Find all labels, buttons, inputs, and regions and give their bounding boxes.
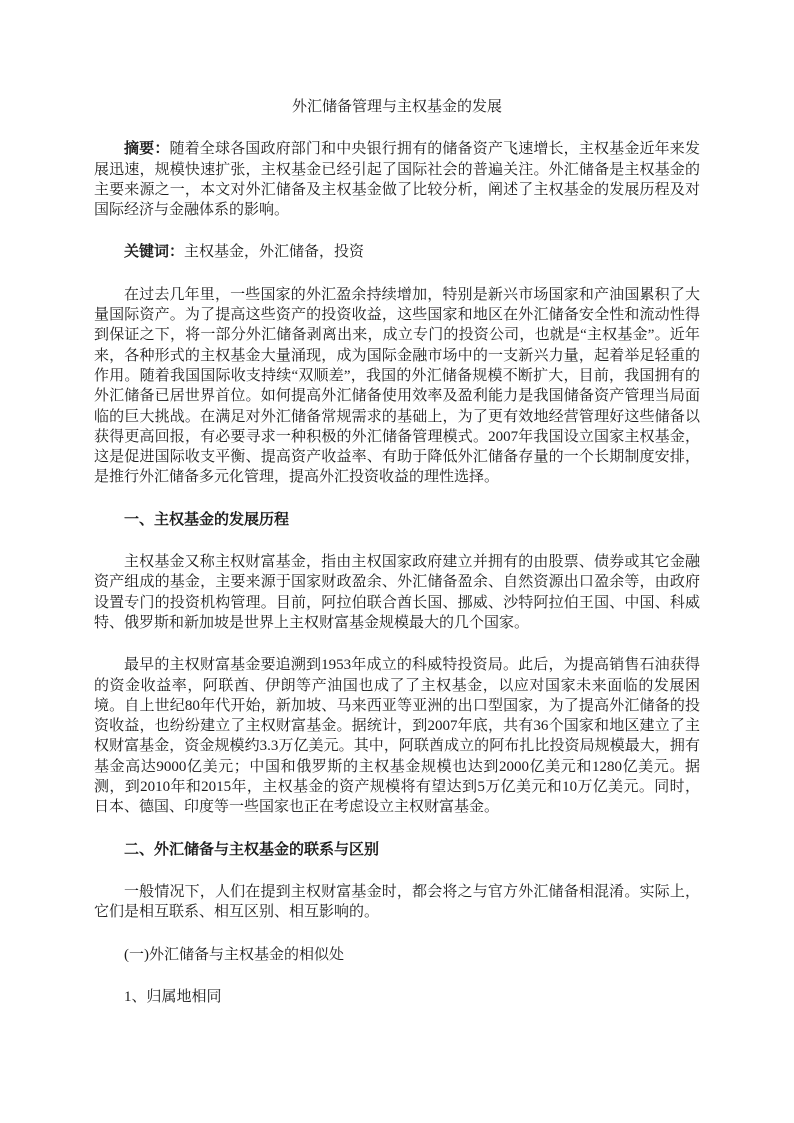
keywords-label: 关键词：: [124, 244, 184, 260]
section-1-heading: 一、主权基金的发展历程: [94, 510, 700, 530]
subsection-1-heading: (一)外汇储备与主权基金的相似处: [94, 945, 700, 965]
section-1-paragraph-2: 最早的主权财富基金要追溯到1953年成立的科威特投资局。此后，为提高销售石油获得…: [94, 655, 700, 817]
abstract-text: 随着全球各国政府部门和中央银行拥有的储备资产飞速增长，主权基金近年来发展迅速，规…: [94, 141, 700, 218]
keywords-text: 主权基金，外汇储备，投资: [184, 244, 364, 260]
document-title: 外汇储备管理与主权基金的发展: [94, 97, 700, 117]
section-1-paragraph-1: 主权基金又称主权财富基金，指由主权国家政府建立并拥有的由股票、债券或其它金融资产…: [94, 552, 700, 633]
keywords-paragraph: 关键词：主权基金，外汇储备，投资: [94, 242, 700, 262]
section-2-paragraph-1: 一般情况下，人们在提到主权财富基金时，都会将之与官方外汇储备相混淆。实际上，它们…: [94, 882, 700, 923]
document-page: 外汇储备管理与主权基金的发展 摘要：随着全球各国政府部门和中央银行拥有的储备资产…: [0, 0, 794, 1123]
section-2-heading: 二、外汇储备与主权基金的联系与区别: [94, 840, 700, 860]
abstract-paragraph: 摘要：随着全球各国政府部门和中央银行拥有的储备资产飞速增长，主权基金近年来发展迅…: [94, 139, 700, 220]
subsection-1-item-1: 1、归属地相同: [94, 987, 700, 1007]
intro-paragraph: 在过去几年里，一些国家的外汇盈余持续增加，特别是新兴市场国家和产油国累积了大量国…: [94, 285, 700, 488]
abstract-label: 摘要：: [124, 141, 169, 157]
